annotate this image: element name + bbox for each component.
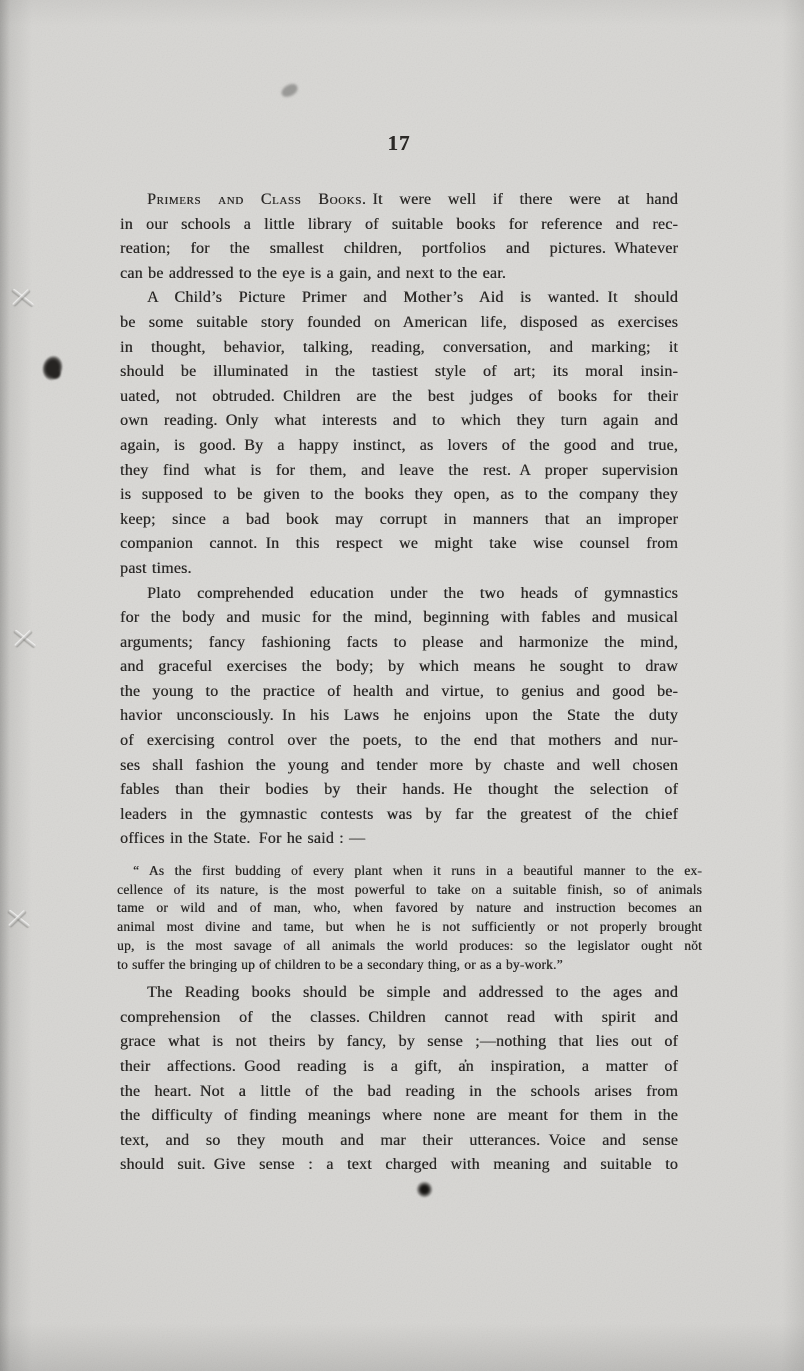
paper-crease	[6, 278, 40, 318]
text-line: arguments; fancy fashioning facts to ple…	[120, 631, 678, 656]
text-line: fables than their bodies by their hands.…	[120, 778, 678, 803]
text-line: be some suitable story founded on Americ…	[120, 311, 678, 336]
text-line: “ As the first budding of every plant wh…	[117, 862, 702, 881]
text-line: grace what is not theirs by fancy, by se…	[120, 1030, 678, 1055]
smudge-mark	[280, 82, 300, 99]
ink-blot	[39, 353, 66, 383]
text-line: tame or wild and of man, who, when favor…	[117, 899, 702, 918]
text-line: in thought, behavior, talking, reading, …	[120, 336, 678, 361]
text-line: havior unconsciously. In his Laws he enj…	[120, 704, 678, 729]
text-line: uated, not obtruded. Children are the be…	[120, 385, 678, 410]
text-line: A Child’s Picture Primer and Mother’s Ai…	[120, 286, 678, 311]
text-line: the young to the practice of health and …	[120, 680, 678, 705]
text-line: they find what is for them, and leave th…	[120, 459, 678, 484]
text-line: ses shall fashion the young and tender m…	[120, 754, 678, 779]
text-line: comprehension of the classes. Children c…	[120, 1006, 678, 1031]
text-line: own reading. Only what interests and to …	[120, 409, 678, 434]
paragraph-lead-smallcaps: Primers and Class Books.	[147, 191, 366, 208]
text-line: should be illuminated in the tastiest st…	[120, 360, 678, 385]
text-line: animal most divine and tame, but when he…	[117, 918, 702, 937]
book-page: 17 Primers and Class Books.It were well …	[0, 0, 804, 1371]
text-line: up, is the most savage of all animals th…	[117, 937, 702, 956]
text-line: text, and so they mouth and mar their ut…	[120, 1129, 678, 1154]
text-line: again, is good. By a happy instinct, as …	[120, 434, 678, 459]
text-line: past times.	[120, 557, 678, 582]
paragraph-plato-education: Plato comprehended education under the t…	[120, 582, 678, 853]
text-line: and graceful exercises the body; by whic…	[120, 655, 678, 680]
text-line: Plato comprehended education under the t…	[120, 582, 678, 607]
paper-crease	[8, 622, 38, 656]
text-line: companion cannot. In this respect we mig…	[120, 532, 678, 557]
page-text: Primers and Class Books.It were well if …	[120, 188, 678, 1178]
paragraph-childs-picture-primer: A Child’s Picture Primer and Mother’s Ai…	[120, 286, 678, 581]
text-line: the heart. Not a little of the bad readi…	[120, 1080, 678, 1105]
text-line: in our schools a little library of suita…	[120, 213, 678, 238]
text-line: their affections. Good reading is a gift…	[120, 1055, 678, 1080]
text-line: to suffer the bringing up of children to…	[117, 956, 702, 975]
paragraph-lead-rest: It were well if there were at hand	[372, 191, 678, 208]
text-line: of exercising control over the poets, to…	[120, 729, 678, 754]
text-line: The Reading books should be simple and a…	[120, 981, 678, 1006]
text-line: reation; for the smallest children, port…	[120, 237, 678, 262]
text-line: leaders in the gymnastic contests was by…	[120, 803, 678, 828]
paragraph-reading-books: The Reading books should be simple and a…	[120, 981, 678, 1178]
paper-crease	[2, 900, 34, 938]
text-line: keep; since a bad book may corrupt in ma…	[120, 508, 678, 533]
text-line: cellence of its nature, is the most powe…	[117, 881, 702, 900]
text-line: Primers and Class Books.It were well if …	[120, 188, 678, 213]
text-line: is supposed to be given to the books the…	[120, 483, 678, 508]
paragraph-primers-and-class-books: Primers and Class Books.It were well if …	[120, 188, 678, 286]
blockquote-plato: “ As the first budding of every plant wh…	[117, 862, 702, 974]
page-number: 17	[120, 131, 678, 156]
text-line: can be addressed to the eye is a gain, a…	[120, 262, 678, 287]
text-line: the difficulty of finding meanings where…	[120, 1104, 678, 1129]
ink-dot	[416, 1181, 433, 1198]
text-line: for the body and music for the mind, beg…	[120, 606, 678, 631]
text-line: offices in the State. For he said : —	[120, 827, 678, 852]
text-line: should suit. Give sense : a text charged…	[120, 1153, 678, 1178]
